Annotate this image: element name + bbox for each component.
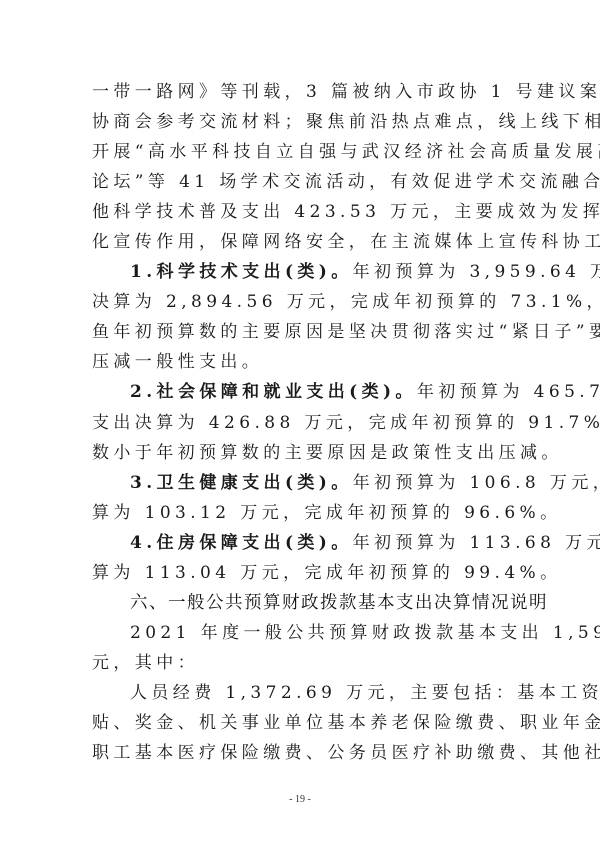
text-line: 2021 年度一般公共预算财政拨款基本支出 1,597.33 万 <box>92 618 510 648</box>
item-3-line: 3.卫生健康支出(类)。年初预算为 106.8 万元，支出决 <box>92 468 510 498</box>
item-4-line: 4.住房保障支出(类)。年初预算为 113.68 万元，支出决 <box>92 528 510 558</box>
item-2-line: 2.社会保障和就业支出(类)。年初预算为 465.75 万元， <box>92 377 510 407</box>
text-line: 人员经费 1,372.69 万元，主要包括：基本工资、津贴补 <box>92 678 510 708</box>
text-line: 鱼年初预算数的主要原因是坚决贯彻落实过“紧日子”要求 <box>92 317 510 347</box>
text-line: 算为 113.04 万元，完成年初预算的 99.4%。 <box>92 558 510 588</box>
text-line: 论坛”等 41 场学术交流活动，有效促进学术交流融合；其 <box>92 167 510 197</box>
page-number: - 19 - <box>0 794 600 805</box>
item-2-title: 2.社会保障和就业支出(类)。 <box>130 382 417 402</box>
text-line: 压减一般性支出。 <box>92 347 510 377</box>
text-line: 贴、奖金、机关事业单位基本养老保险缴费、职业年金缴费、 <box>92 708 510 738</box>
text-line: 支出决算为 426.88 万元，完成年初预算的 91.7%，支出决算 <box>92 408 510 438</box>
section-heading: 六、一般公共预算财政拨款基本支出决算情况说明 <box>92 588 510 618</box>
item-4-title: 4.住房保障支出(类)。 <box>130 533 353 553</box>
text-line: 元，其中： <box>92 648 510 678</box>
text-line: 一带一路网》等刊载，3 篇被纳入市政协 1 号建议案或常委 <box>92 77 510 107</box>
item-3-title: 3.卫生健康支出(类)。 <box>130 473 353 493</box>
text-line: 他科学技术普及支出 423.53 万元，主要成效为发挥网站信息 <box>92 197 510 227</box>
text-line: 决算为 2,894.56 万元，完成年初预算的 73.1%，支出决算小 <box>92 287 510 317</box>
text-line: 算为 103.12 万元，完成年初预算的 96.6%。 <box>92 498 510 528</box>
item-2-text: 年初预算为 465.75 万元， <box>417 382 600 402</box>
item-1-line: 1.科学技术支出(类)。年初预算为 3,959.64 万元，支出 <box>92 257 510 287</box>
text-line: 数小于年初预算数的主要原因是政策性支出压减。 <box>92 438 510 468</box>
text-line: 化宣传作用，保障网络安全，在主流媒体上宣传科协工作。 <box>92 227 510 257</box>
document-page: 一带一路网》等刊载，3 篇被纳入市政协 1 号建议案或常委 协商会参考交流材料；… <box>0 0 600 848</box>
item-1-title: 1.科学技术支出(类)。 <box>130 262 353 282</box>
item-3-text: 年初预算为 106.8 万元，支出决 <box>353 473 600 493</box>
text-line: 职工基本医疗保险缴费、公务员医疗补助缴费、其他社会保 <box>92 738 510 768</box>
item-1-text: 年初预算为 3,959.64 万元，支出 <box>353 262 600 282</box>
text-line: 协商会参考交流材料；聚焦前沿热点难点，线上线下相结合， <box>92 107 510 137</box>
item-4-text: 年初预算为 113.68 万元，支出决 <box>353 533 600 553</box>
page-body: 一带一路网》等刊载，3 篇被纳入市政协 1 号建议案或常委 协商会参考交流材料；… <box>92 77 510 768</box>
text-line: 开展“高水平科技自立自强与武汉经济社会高质量发展高峰 <box>92 137 510 167</box>
